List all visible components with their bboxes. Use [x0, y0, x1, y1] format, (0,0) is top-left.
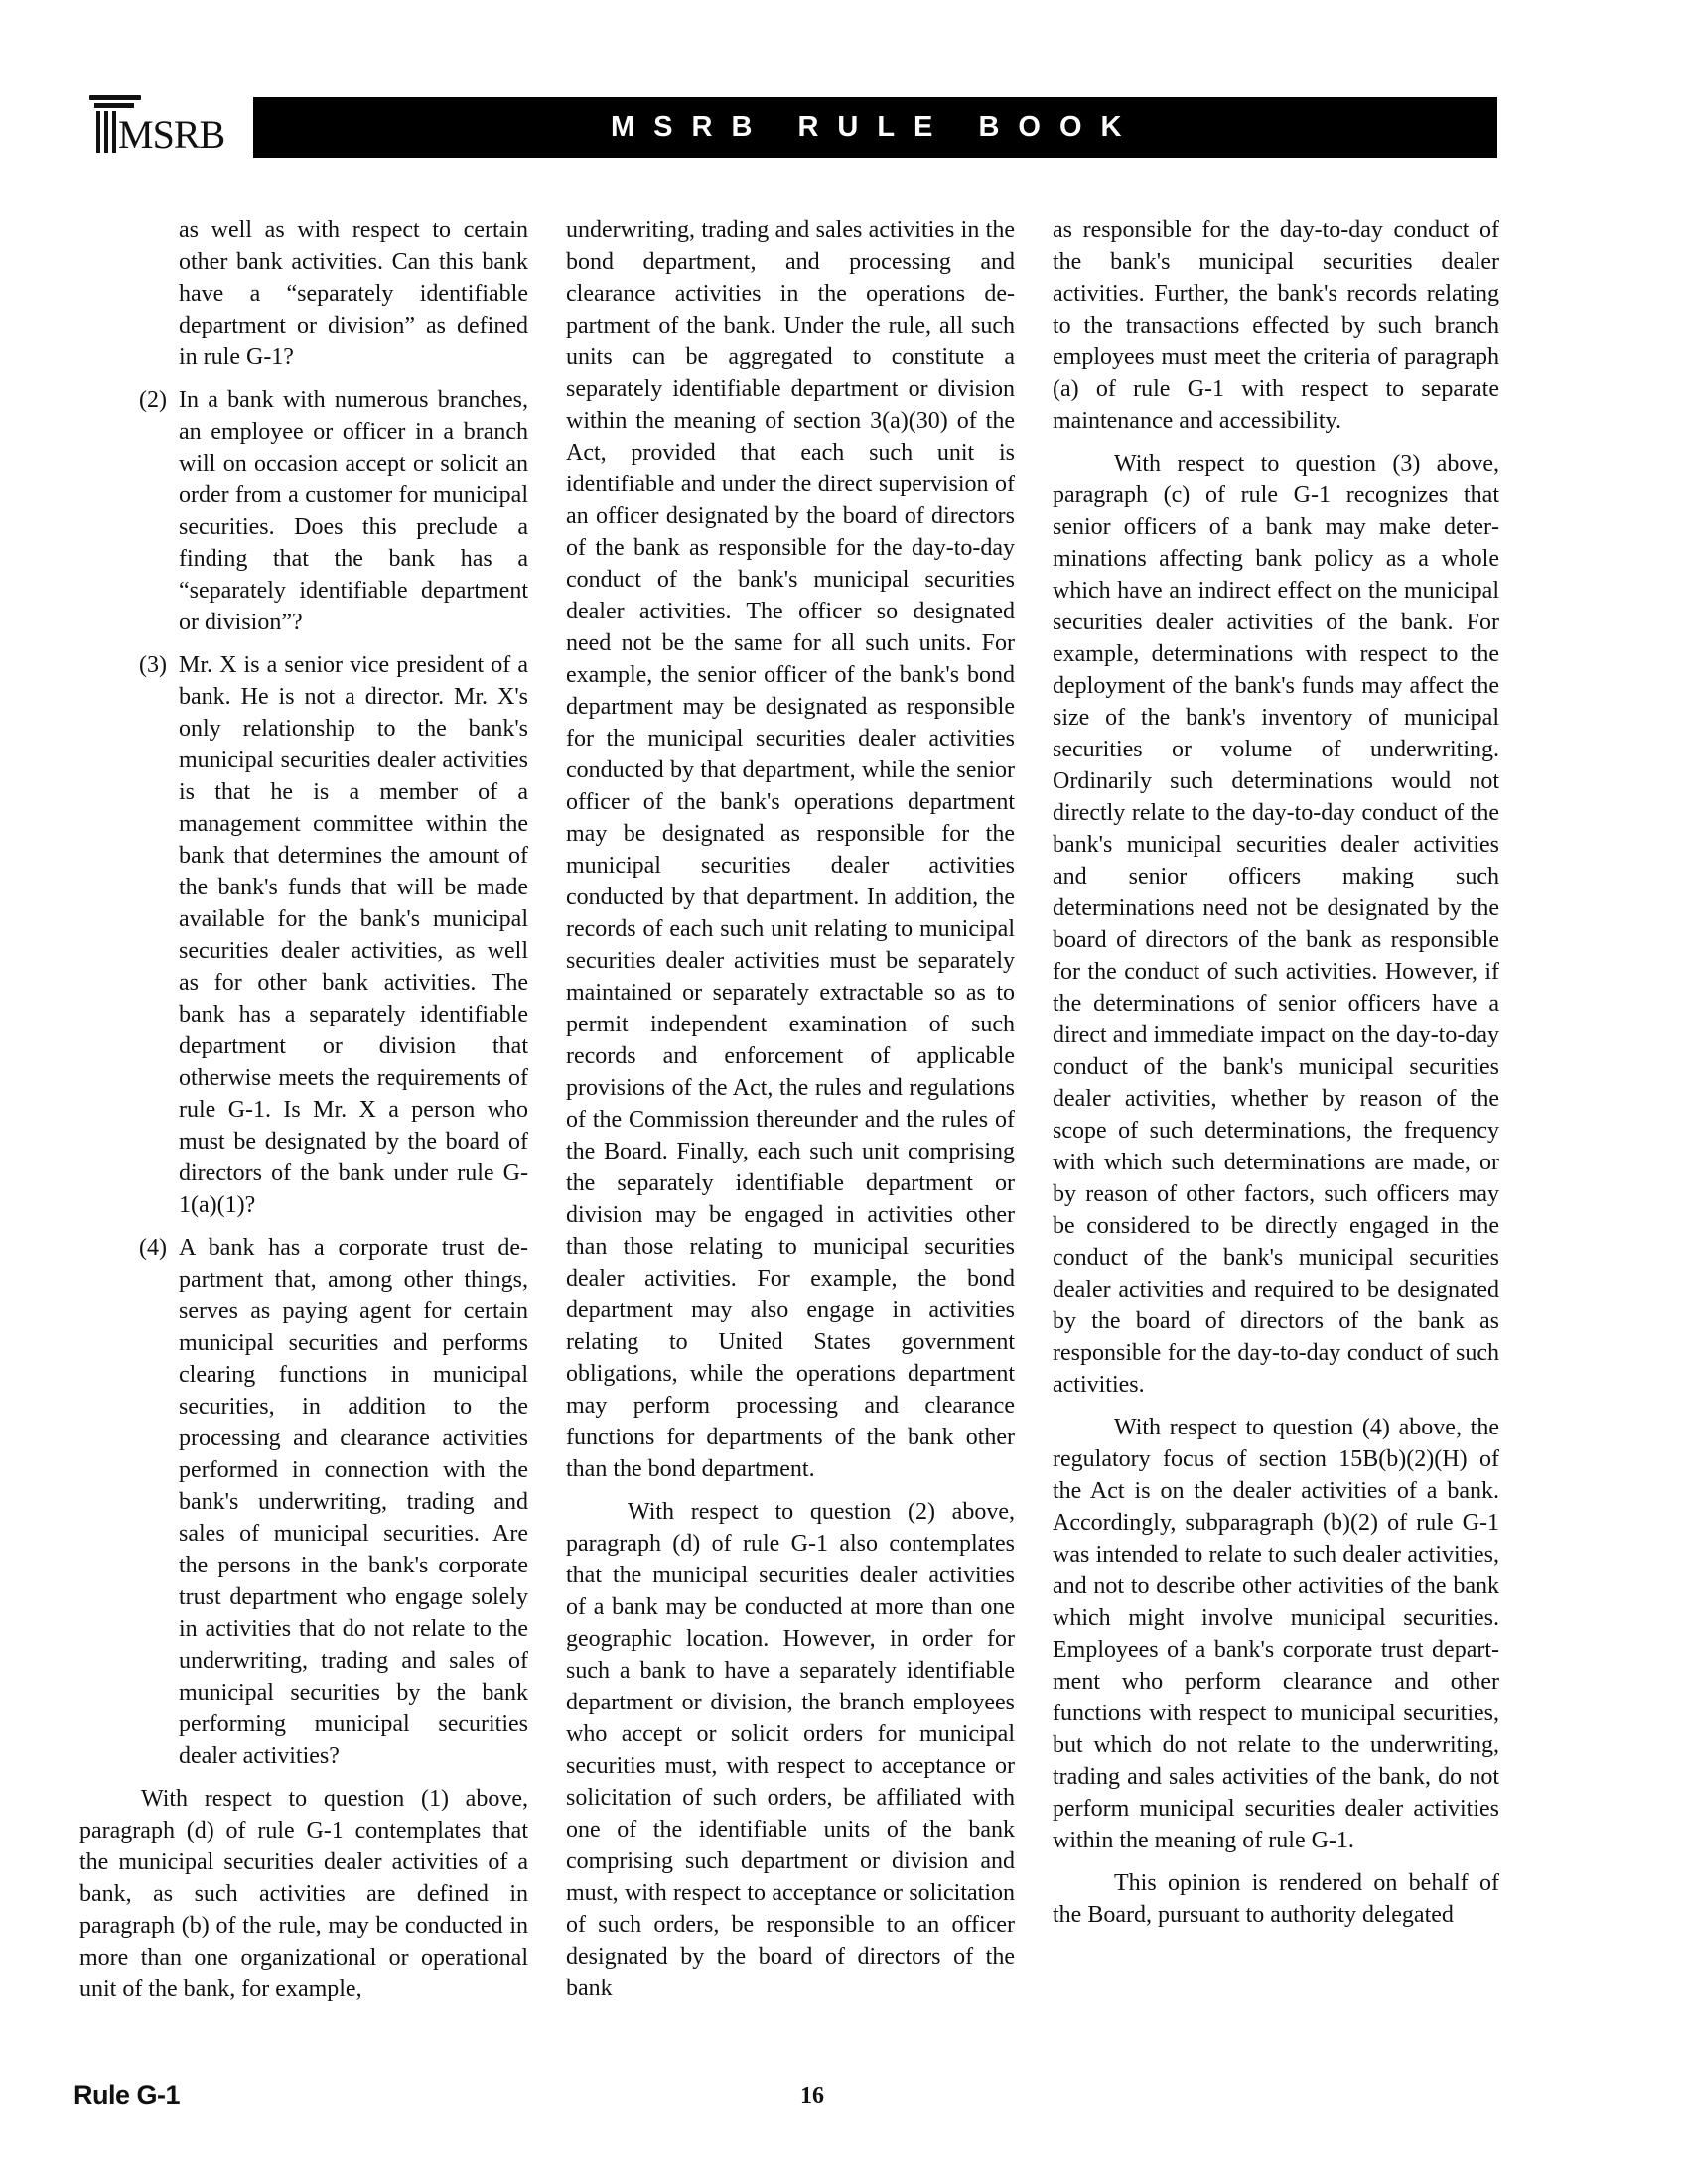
answer-1-continuation: underwriting, trading and sales activiti…: [566, 214, 1015, 1485]
question-3: (3) Mr. X is a senior vice president of …: [79, 649, 528, 1221]
answer-1-paragraph: With respect to question (1) above, para…: [79, 1783, 528, 2005]
logo-pillar-abacus-icon: [94, 103, 134, 108]
closing-paragraph: This opinion is rendered on behalf of th…: [1053, 1867, 1499, 1931]
question-2: (2) In a bank with numerous branches, an…: [79, 384, 528, 638]
logo-pillar-column-icon: [96, 111, 100, 153]
page-number: 16: [800, 2081, 824, 2111]
logo-pillar-column-icon: [112, 111, 116, 153]
answer-3-paragraph: With respect to question (3) above, para…: [1053, 448, 1499, 1401]
text-column-2: underwriting, trading and sales activiti…: [566, 214, 1015, 2015]
question-text: Mr. X is a senior vice president of a ba…: [179, 652, 528, 1218]
question-1-continuation: as well as with respect to certain other…: [79, 214, 528, 373]
question-text: In a bank with numerous branches, an emp…: [179, 387, 528, 635]
header-bar: MSRB RULE BOOK: [253, 97, 1497, 158]
msrb-logo: MSRB: [85, 91, 244, 157]
text-column-3: as responsible for the day-to-day conduc…: [1053, 214, 1499, 1942]
logo-text: MSRB: [118, 113, 224, 157]
question-text: A bank has a corporate trust de­partment…: [179, 1235, 528, 1769]
answer-2-paragraph: With respect to question (2) above, para…: [566, 1496, 1015, 2004]
footer-rule-label: Rule G-1: [73, 2079, 180, 2111]
answer-2-continuation: as responsible for the day-to-day conduc…: [1053, 214, 1499, 437]
text-column-1: as well as with respect to certain other…: [79, 214, 528, 2016]
question-label: (2): [139, 384, 167, 416]
header-title: MSRB RULE BOOK: [611, 110, 1140, 144]
question-label: (4): [139, 1232, 167, 1264]
question-text: as well as with respect to certain other…: [179, 217, 528, 370]
logo-pillar-capital-icon: [89, 95, 141, 100]
question-label: (3): [139, 649, 167, 681]
answer-4-paragraph: With respect to question (4) above, the …: [1053, 1412, 1499, 1856]
question-4: (4) A bank has a corporate trust de­part…: [79, 1232, 528, 1772]
logo-pillar-column-icon: [104, 111, 108, 153]
